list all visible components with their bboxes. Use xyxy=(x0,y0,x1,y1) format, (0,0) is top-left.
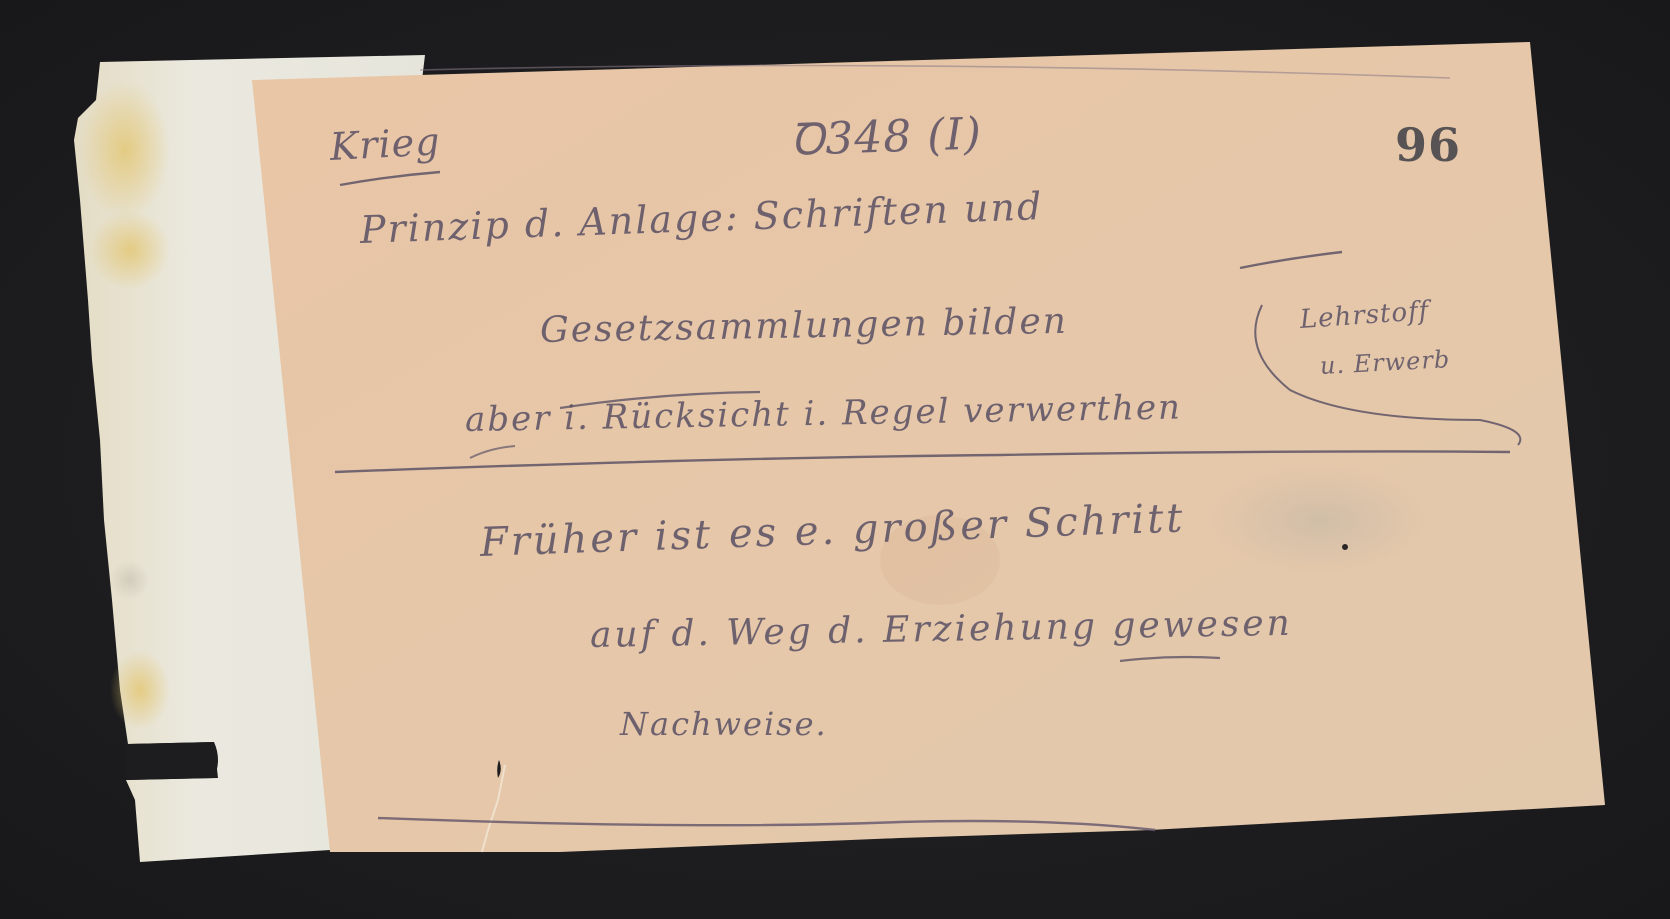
section-2-line-3: Nachweise. xyxy=(620,705,828,743)
section-2-line-1: Früher ist es e. großer Schritt xyxy=(479,495,1186,566)
folio-number: 96 xyxy=(1395,118,1461,172)
section-1-line-2: Gesetzsammlungen bilden xyxy=(540,301,1069,351)
section-1-line-1: Prinzip d. Anlage: Schriften und xyxy=(359,184,1044,252)
note-paper: Krieg Ꝺ348 (I) 96 Prinzip d. Anlage: Sch… xyxy=(0,0,1670,919)
section-1-line-3: aber i. Rücksicht i. Regel verwerthen xyxy=(465,387,1183,440)
bracketed-note-line-1: Lehrstoff xyxy=(1299,296,1430,335)
section-2-line-2: auf d. Weg d. Erziehung gewesen xyxy=(590,603,1293,656)
bracketed-note-line-2: u. Erwerb xyxy=(1319,345,1451,380)
document-photo: Krieg Ꝺ348 (I) 96 Prinzip d. Anlage: Sch… xyxy=(0,0,1670,919)
heading-keyword: Krieg xyxy=(329,119,442,169)
archive-signature: Ꝺ348 (I) xyxy=(789,101,983,168)
